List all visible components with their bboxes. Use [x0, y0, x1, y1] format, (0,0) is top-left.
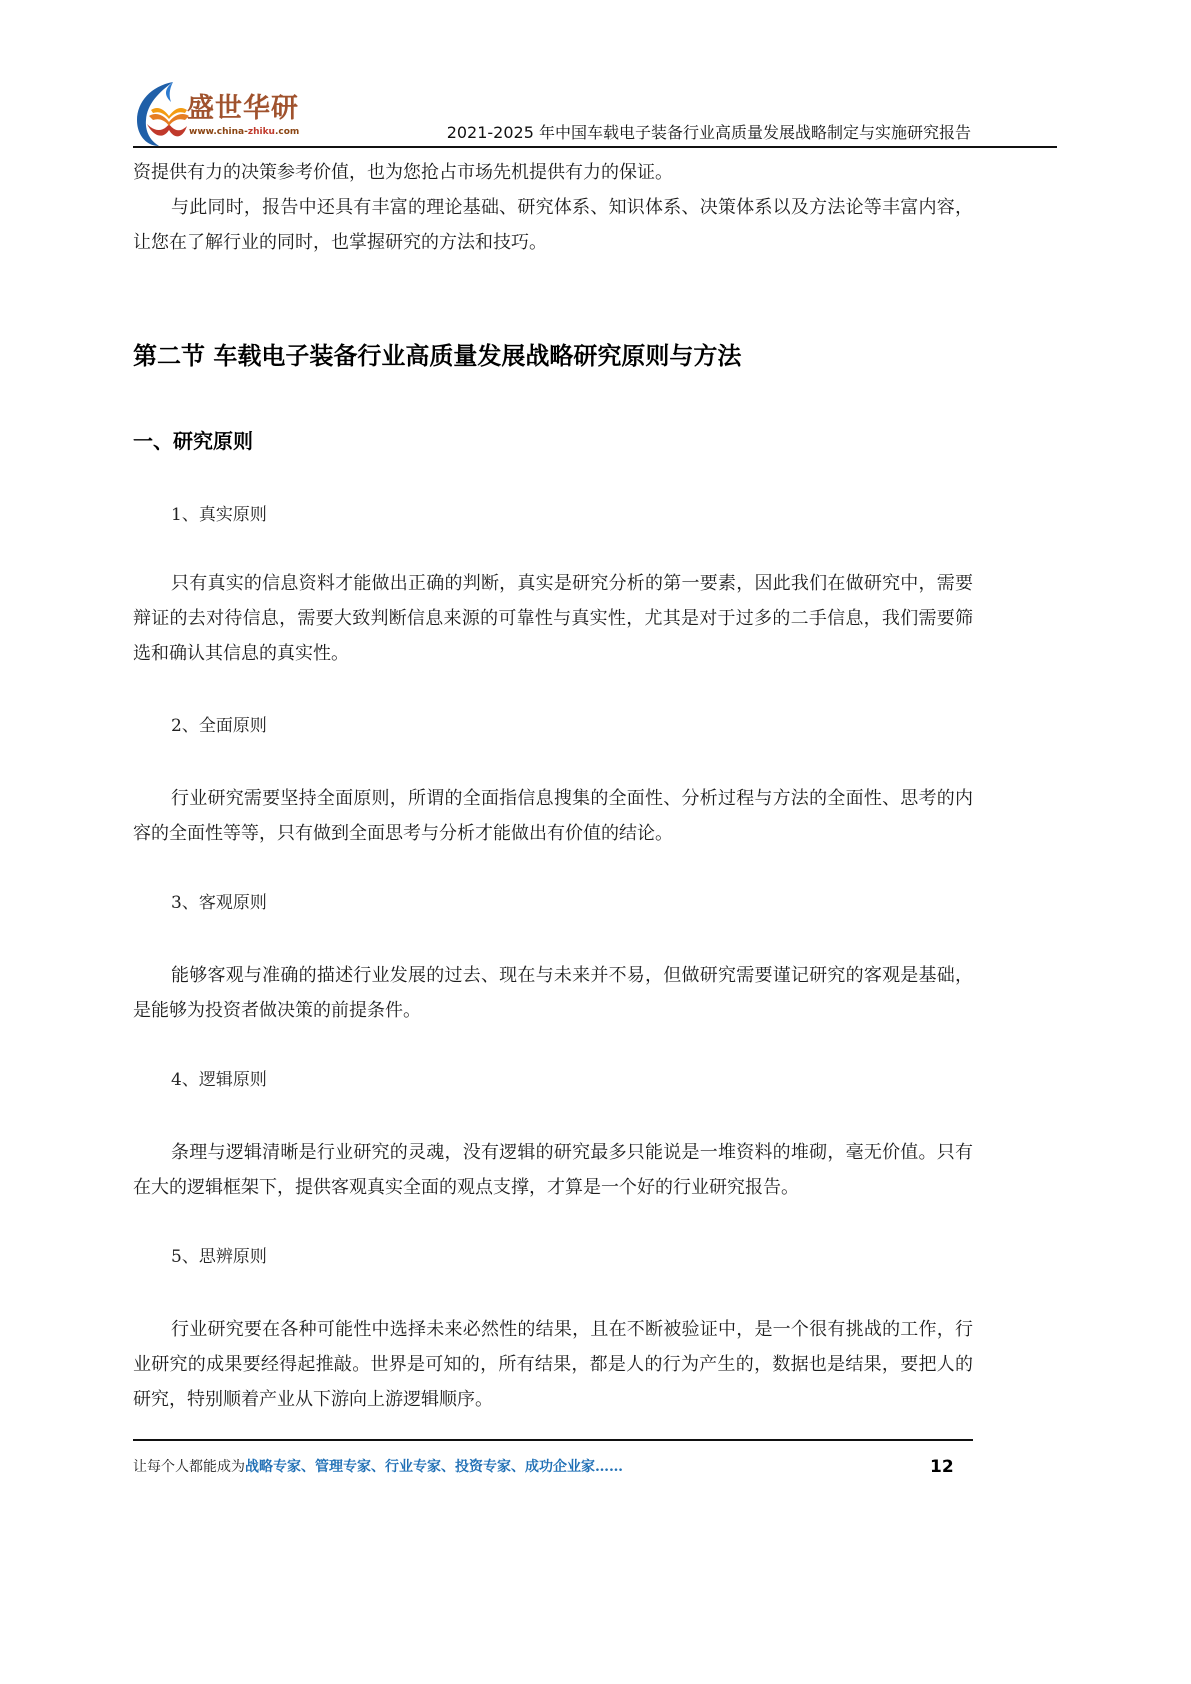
page-number: 12 [930, 1456, 954, 1478]
subsection-title: 一、研究原则 [133, 428, 253, 454]
logo-book-swoosh-icon [133, 80, 193, 148]
footer-slogan: 让每个人都能成为战略专家、管理专家、行业专家、投资专家、成功企业家…… [133, 1457, 623, 1477]
principle-title-4: 4、逻辑原则 [171, 1068, 267, 1092]
header-divider [133, 146, 1057, 148]
company-logo: 盛世华研 www.china-zhiku.com [133, 80, 308, 148]
intro-paragraph: 与此同时，报告中还具有丰富的理论基础、研究体系、知识体系、决策体系以及方法论等丰… [133, 190, 973, 260]
logo-company-name: 盛世华研 [187, 94, 299, 124]
principle-text-4: 条理与逻辑清晰是行业研究的灵魂，没有逻辑的研究最多只能说是一堆资料的堆砌，毫无价… [133, 1135, 973, 1205]
principle-title-3: 3、客观原则 [171, 891, 267, 915]
principle-text-1: 只有真实的信息资料才能做出正确的判断，真实是研究分析的第一要素，因此我们在做研究… [133, 566, 973, 671]
report-title: 2021-2025 年中国车载电子装备行业高质量发展战略制定与实施研究报告 [447, 123, 971, 143]
principle-text-2: 行业研究需要坚持全面原则，所谓的全面指信息搜集的全面性、分析过程与方法的全面性、… [133, 781, 973, 851]
principle-text-5: 行业研究要在各种可能性中选择未来必然性的结果，且在不断被验证中，是一个很有挑战的… [133, 1312, 973, 1417]
principle-title-1: 1、真实原则 [171, 503, 267, 527]
principle-title-5: 5、思辨原则 [171, 1245, 267, 1269]
document-page: 盛世华研 www.china-zhiku.com 2021-2025 年中国车载… [0, 0, 1191, 1684]
footer-divider [133, 1439, 973, 1441]
principle-text-3: 能够客观与准确的描述行业发展的过去、现在与未来并不易，但做研究需要谨记研究的客观… [133, 958, 973, 1028]
intro-paragraph-continued: 资提供有力的决策参考价值，也为您抢占市场先机提供有力的保证。 [133, 155, 973, 190]
logo-website: www.china-zhiku.com [189, 127, 299, 137]
principle-title-2: 2、全面原则 [171, 714, 267, 738]
section-title: 第二节 车载电子装备行业高质量发展战略研究原则与方法 [133, 341, 741, 371]
